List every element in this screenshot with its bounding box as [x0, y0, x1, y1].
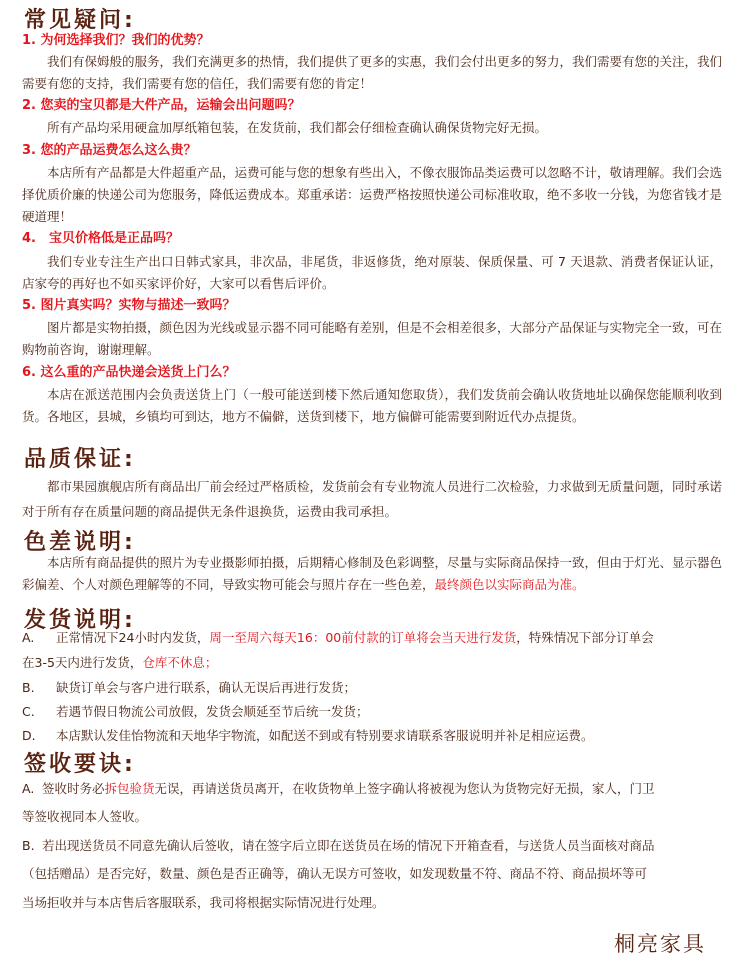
shipping-item-text: ，特殊情况下部分订单会	[516, 630, 654, 645]
signing-item-highlight: 拆包验货	[105, 781, 155, 796]
shipping-item-text: 正常情况下24小时内发货，	[56, 630, 209, 645]
shipping-item-text: 若遇节假日物流公司放假，发货会顺延至节后统一发货；	[56, 704, 369, 719]
color-diff-highlight: 最终颜色以实际商品为准。	[435, 577, 585, 592]
faq-answer-1: 我们有保姆般的服务，我们充满更多的热情，我们提供了更多的实惠，我们会付出更多的努…	[22, 51, 722, 95]
signing-item-b-line2: （包括赠品）是否完好，数量、颜色是否正确等，确认无误方可签收，如发现数量不符、商…	[22, 864, 722, 884]
shipping-item-a-line2: 在3-5天内进行发货，仓库不休息；	[22, 653, 722, 673]
shipping-item-text: 本店默认发佳怡物流和天地华宇物流，如配送不到或有特别要求请联系客服说明并补足相应…	[56, 728, 594, 743]
shipping-item-d: D.本店默认发佳怡物流和天地华宇物流，如配送不到或有特别要求请联系客服说明并补足…	[22, 726, 722, 746]
faq-answer-5: 图片都是实物拍摄，颜色因为光线或显示器不同可能略有差别，但是不会相差很多，大部分…	[22, 317, 722, 361]
faq-question-6: 6. 这么重的产品快递会送货上门么？	[22, 364, 236, 382]
shipping-item-text: 缺货订单会与客户进行联系，确认无误后再进行发货；	[56, 680, 356, 695]
faq-question-5: 5. 图片真实吗？实物与描述一致吗？	[22, 297, 236, 315]
store-signature: 桐亮家具	[614, 928, 706, 958]
color-diff-text: 本店所有商品提供的照片为专业摄影师拍摄，后期精心修制及色彩调整，尽量与实际商品保…	[22, 552, 722, 596]
shipping-item-a: A.正常情况下24小时内发货，周一至周六每天16：00前付款的订单将会当天进行发…	[22, 628, 722, 648]
shipping-item-text: 在3-5天内进行发货，	[22, 655, 142, 670]
shipping-item-highlight: 周一至周六每天16：00前付款的订单将会当天进行发货	[209, 630, 516, 645]
faq-question-4: 4. 宝贝价格低是正品吗？	[22, 230, 179, 248]
signing-item-a-line2: 等签收视同本人签收。	[22, 807, 722, 827]
signing-item-b-line3: 当场拒收并与本店售后客服联系，我司将根据实际情况进行处理。	[22, 893, 722, 913]
faq-question-1: 1. 为何选择我们？我们的优势？	[22, 32, 210, 50]
shipping-item-label: D.	[22, 726, 56, 746]
signing-title: 签收要诀:	[24, 752, 136, 778]
faq-answer-6: 本店在派送范围内会负责送货上门（一般可能送到楼下然后通知您取货），我们发货前会确…	[22, 384, 722, 428]
shipping-item-label: A.	[22, 628, 56, 648]
shipping-item-highlight: 仓库不休息；	[142, 655, 217, 670]
shipping-item-label: C.	[22, 702, 56, 722]
faq-title: 常见疑问:	[24, 8, 136, 34]
signing-item-a: A.签收时务必拆包验货无误，再请送货员离开，在收货物单上签字确认将被视为您认为货…	[22, 779, 722, 799]
signing-item-text: 若出现送货员不同意先确认后签收，请在签字后立即在送货员在场的情况下开箱查看，与送…	[42, 838, 655, 853]
color-diff-body: 本店所有商品提供的照片为专业摄影师拍摄，后期精心修制及色彩调整，尽量与实际商品保…	[22, 555, 722, 592]
shipping-item-b: B.缺货订单会与客户进行联系，确认无误后再进行发货；	[22, 678, 722, 698]
signing-item-label: B.	[22, 836, 42, 856]
faq-answer-4: 我们专业专注生产出口日韩式家具，非次品，非尾货，非返修货，绝对原装、保质保量、可…	[22, 251, 722, 295]
faq-answer-2: 所有产品均采用硬盒加厚纸箱包装，在发货前，我们都会仔细检查确认确保货物完好无损。	[22, 117, 722, 139]
faq-answer-3: 本店所有产品都是大件超重产品，运费可能与您的想象有些出入，不像衣服饰品类运费可以…	[22, 162, 722, 228]
quality-title: 品质保证:	[24, 447, 136, 473]
signing-item-b: B.若出现送货员不同意先确认后签收，请在签字后立即在送货员在场的情况下开箱查看，…	[22, 836, 722, 856]
quality-text: 都市果园旗舰店所有商品出厂前会经过严格质检，发货前会有专业物流人员进行二次检验，…	[22, 474, 722, 524]
faq-question-3: 3. 您的产品运费怎么这么贵？	[22, 142, 197, 160]
signing-item-label: A.	[22, 779, 42, 799]
shipping-item-c: C.若遇节假日物流公司放假，发货会顺延至节后统一发货；	[22, 702, 722, 722]
shipping-item-label: B.	[22, 678, 56, 698]
signing-item-text: 无误，再请送货员离开，在收货物单上签字确认将被视为您认为货物完好无损，家人，门卫	[155, 781, 655, 796]
signing-item-text: 签收时务必	[42, 781, 105, 796]
faq-question-2: 2. 您卖的宝贝都是大件产品，运输会出问题吗？	[22, 97, 301, 115]
